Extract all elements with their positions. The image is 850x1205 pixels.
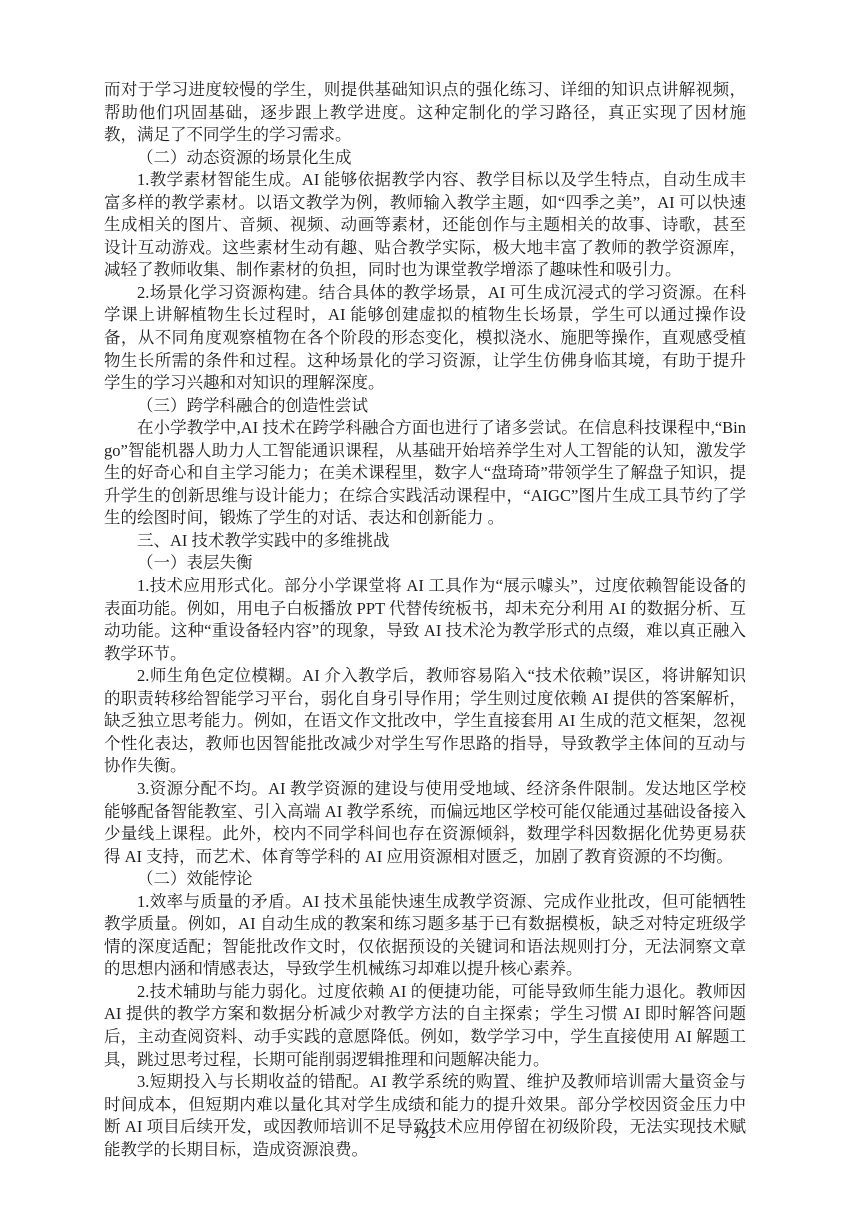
paragraph-teaching-material-generation: 1.教学素材智能生成。AI 能够依据教学内容、教学目标以及学生特点，自动生成丰富… xyxy=(104,169,746,282)
page-body-text: 而对于学习进度较慢的学生，则提供基础知识点的强化练习、详细的知识点讲解视频，帮助… xyxy=(104,79,746,1161)
page-number: 792 xyxy=(0,1126,850,1143)
paragraph-efficiency-vs-quality: 1.效率与质量的矛盾。AI 技术虽能快速生成教学资源、完成作业批改，但可能牺牲教… xyxy=(104,891,746,981)
section-heading-efficiency-paradox: （二）效能悖论 xyxy=(104,868,746,891)
paragraph-interdisciplinary-examples: 在小学教学中,AI 技术在跨学科融合方面也进行了诸多尝试。在信息科技课程中,“B… xyxy=(104,417,746,530)
paragraph-short-term-investment-mismatch: 3.短期投入与长期收益的错配。AI 教学系统的购置、维护及教师培训需大量资金与时… xyxy=(104,1071,746,1161)
paragraph-blurred-teacher-student-roles: 2.师生角色定位模糊。AI 介入教学后，教师容易陷入“技术依赖”误区，将讲解知识… xyxy=(104,665,746,778)
section-heading-dynamic-resource-generation: （二）动态资源的场景化生成 xyxy=(104,147,746,170)
paragraph-continued-from-previous-page: 而对于学习进度较慢的学生，则提供基础知识点的强化练习、详细的知识点讲解视频，帮助… xyxy=(104,79,746,147)
paper-page: 而对于学习进度较慢的学生，则提供基础知识点的强化练习、详细的知识点讲解视频，帮助… xyxy=(0,0,850,1205)
chapter-heading-multidimensional-challenges: 三、AI 技术教学实践中的多维挑战 xyxy=(104,530,746,553)
section-heading-surface-imbalance: （一）表层失衡 xyxy=(104,552,746,575)
section-heading-interdisciplinary-integration: （三）跨学科融合的创造性尝试 xyxy=(104,395,746,418)
paragraph-formalized-technology-use: 1.技术应用形式化。部分小学课堂将 AI 工具作为“展示噱头”，过度依赖智能设备… xyxy=(104,575,746,665)
paragraph-scenario-learning-resources: 2.场景化学习资源构建。结合具体的教学场景，AI 可生成沉浸式的学习资源。在科学… xyxy=(104,282,746,395)
paragraph-uneven-resource-distribution: 3.资源分配不均。AI 教学资源的建设与使用受地域、经济条件限制。发达地区学校能… xyxy=(104,778,746,868)
paragraph-ability-degradation: 2.技术辅助与能力弱化。过度依赖 AI 的便捷功能，可能导致师生能力退化。教师因… xyxy=(104,981,746,1071)
